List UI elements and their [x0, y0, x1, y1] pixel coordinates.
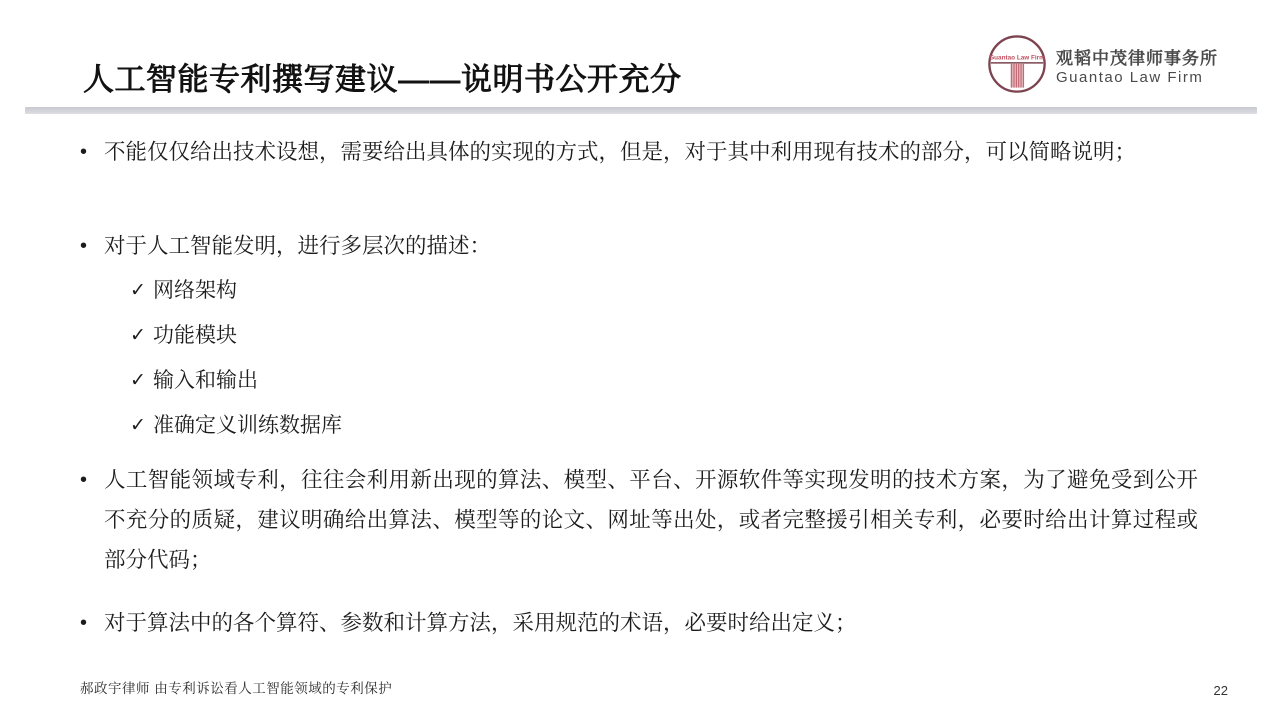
check-list-item: ✓ 准确定义训练数据库	[130, 411, 342, 441]
footer-credit: 郝政宇律师 由专利诉讼看人工智能领域的专利保护	[80, 677, 392, 697]
check-list-item: ✓ 输入和输出	[130, 366, 342, 396]
check-item-text: 网络架构	[153, 276, 237, 306]
logo-name-cn: 观韬中茂律师事务所	[1056, 49, 1218, 69]
check-item-text: 输入和输出	[153, 366, 258, 396]
slide-title: 人工智能专利撰写建议——说明书公开充分	[83, 54, 682, 99]
logo-name-en: Guantao Law Firm	[1056, 69, 1218, 86]
bullet-text: 人工智能领域专利，往往会利用新出现的算法、模型、平台、开源软件等实现发明的技术方…	[104, 460, 1198, 580]
check-icon: ✓	[130, 366, 153, 396]
check-icon: ✓	[130, 411, 153, 441]
presentation-slide: 人工智能专利撰写建议——说明书公开充分 Guantao Law Firm 观韬中…	[0, 0, 1280, 720]
bullet-text: 不能仅仅给出技术设想，需要给出具体的实现的方式，但是，对于其中利用现有技术的部分…	[104, 132, 1198, 172]
bullet-text: 对于算法中的各个算符、参数和计算方法，采用规范的术语，必要时给出定义；	[104, 603, 1198, 643]
bullet-dot: •	[80, 603, 104, 643]
bullet-item: • 对于算法中的各个算符、参数和计算方法，采用规范的术语，必要时给出定义；	[80, 603, 1198, 643]
law-firm-logo: Guantao Law Firm 观韬中茂律师事务所 Guantao Law F…	[986, 34, 1218, 101]
check-icon: ✓	[130, 276, 153, 306]
bullet-item: • 不能仅仅给出技术设想，需要给出具体的实现的方式，但是，对于其中利用现有技术的…	[80, 132, 1198, 172]
check-list-item: ✓ 网络架构	[130, 276, 342, 306]
bullet-dot: •	[80, 226, 104, 266]
page-number: 22	[1214, 683, 1228, 698]
title-divider-bar	[25, 107, 1257, 114]
check-item-text: 功能模块	[153, 321, 237, 351]
bullet-item: • 人工智能领域专利，往往会利用新出现的算法、模型、平台、开源软件等实现发明的技…	[80, 460, 1198, 580]
guantao-column-logo-icon: Guantao Law Firm	[986, 34, 1048, 101]
check-icon: ✓	[130, 321, 153, 351]
bullet-dot: •	[80, 460, 104, 500]
check-list-item: ✓ 功能模块	[130, 321, 342, 351]
bullet-item: • 对于人工智能发明，进行多层次的描述：	[80, 226, 1198, 266]
bullet-dot: •	[80, 132, 104, 172]
logo-wordmark: 观韬中茂律师事务所 Guantao Law Firm	[1056, 49, 1218, 86]
check-sub-list: ✓ 网络架构 ✓ 功能模块 ✓ 输入和输出 ✓ 准确定义训练数据库	[130, 276, 342, 456]
check-item-text: 准确定义训练数据库	[153, 411, 342, 441]
bullet-text: 对于人工智能发明，进行多层次的描述：	[104, 226, 1198, 266]
logo-inner-text: Guantao Law Firm	[989, 55, 1045, 62]
